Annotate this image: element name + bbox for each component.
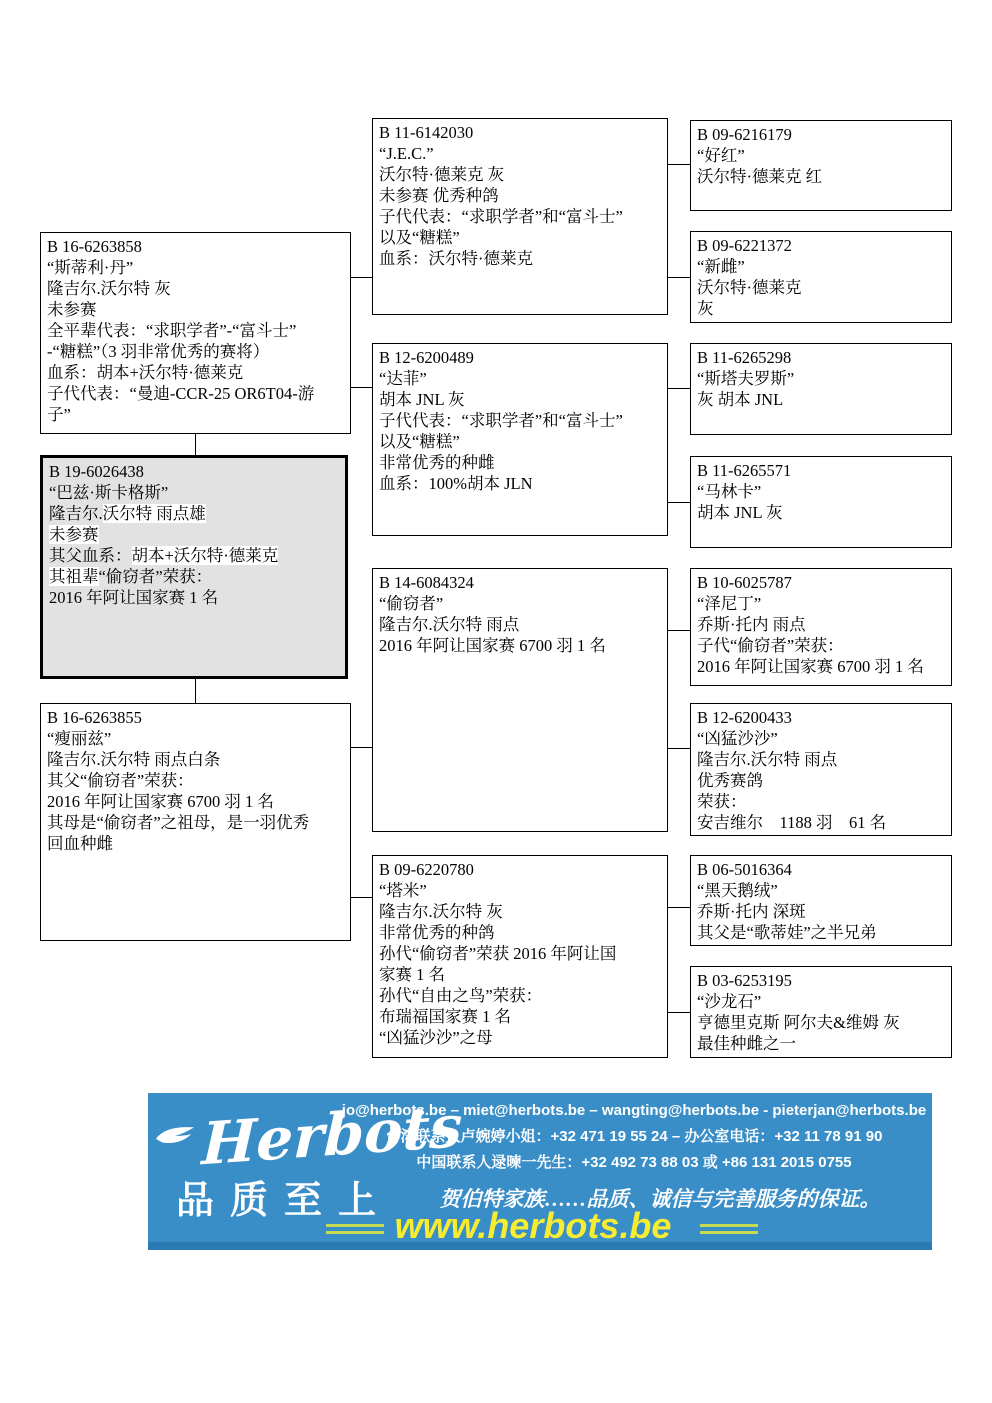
- text-segment: 血系：胡本+沃尔特·德莱克: [47, 363, 243, 382]
- text-segment: 其母是“偷窃者”之祖母，是一羽优秀: [47, 813, 309, 832]
- pedigree-text-line: “好红”: [697, 145, 945, 166]
- pedigree-text-line: 隆吉尔.沃尔特 灰: [379, 901, 661, 922]
- pedigree-page: B 16-6263858“斯蒂利·丹”隆吉尔.沃尔特 灰未参赛全平辈代表：“求职…: [0, 0, 992, 1403]
- pedigree-text-line: 最佳种雌之一: [697, 1033, 945, 1054]
- pedigree-text-line: B 09-6221372: [697, 235, 945, 256]
- text-segment: 血系：沃尔特·德莱克: [379, 249, 533, 268]
- pedigree-text-line: “新雌”: [697, 256, 945, 277]
- pedigree-text-line: “黑天鹅绒”: [697, 880, 945, 901]
- highlighted-text-segment: 沃尔特 雨点雄: [103, 504, 206, 523]
- highlighted-text-segment: 其祖辈: [49, 567, 99, 586]
- text-segment: B 11-6265298: [697, 348, 791, 367]
- pedigree-text-line: “达菲”: [379, 368, 661, 389]
- pedigree-box-B12-6200489: B 12-6200489“达菲”胡本 JNL 灰子代代表：“求职学者”和“富斗士…: [372, 343, 668, 536]
- pedigree-text-line: B 14-6084324: [379, 572, 661, 593]
- text-segment: “偷窃者”荣获：: [99, 567, 213, 586]
- pedigree-text-line: 其祖辈“偷窃者”荣获：: [49, 566, 339, 587]
- pedigree-box-B03-6253195: B 03-6253195“沙龙石”亨德里克斯 阿尔夫&维姆 灰最佳种雌之一: [690, 966, 952, 1058]
- pedigree-text-line: 子”: [47, 404, 344, 425]
- banner-bottom-strip: [148, 1242, 932, 1250]
- pedigree-box-B10-6025787: B 10-6025787“泽尼丁”乔斯·托内 雨点子代“偷窃者”荣获：2016 …: [690, 568, 952, 686]
- pedigree-text-line: “偷窃者”: [379, 593, 661, 614]
- pedigree-text-line: 血系：胡本+沃尔特·德莱克: [47, 362, 344, 383]
- pedigree-text-line: 其父血系：胡本+沃尔特·德莱克: [49, 545, 339, 566]
- text-segment: B 10-6025787: [697, 573, 792, 592]
- pedigree-text-line: B 12-6200433: [697, 707, 945, 728]
- pedigree-text-line: “凶猛沙沙”之母: [379, 1027, 661, 1048]
- text-segment: B 09-6216179: [697, 125, 792, 144]
- connector-line: [668, 277, 690, 278]
- text-segment: 优秀赛鸽: [697, 771, 763, 790]
- pedigree-text-line: “泽尼丁”: [697, 593, 945, 614]
- pedigree-text-line: 回血种雌: [47, 833, 344, 854]
- text-segment: 其父是“歌蒂娃”之半兄弟: [697, 923, 877, 942]
- pedigree-text-line: 乔斯·托内 雨点: [697, 614, 945, 635]
- pedigree-box-B09-6216179: B 09-6216179“好红”沃尔特·德莱克 红: [690, 120, 952, 211]
- pedigree-text-line: “瘦丽兹”: [47, 728, 344, 749]
- text-segment: 最佳种雌之一: [697, 1034, 796, 1053]
- text-segment: 非常优秀的种鸽: [379, 923, 495, 942]
- highlighted-text-segment: 胡本+沃尔特·德莱克: [132, 546, 279, 565]
- text-segment: B 03-6253195: [697, 971, 792, 990]
- text-segment: B 09-6221372: [697, 236, 792, 255]
- pedigree-text-line: 其父“偷窃者”荣获：: [47, 770, 344, 791]
- pedigree-text-line: B 19-6026438: [49, 461, 339, 482]
- text-segment: “J.E.C.”: [379, 144, 434, 163]
- banner-emails: jo@herbots.be – miet@herbots.be – wangti…: [338, 1098, 930, 1124]
- text-segment: 隆吉尔.沃尔特 灰: [379, 902, 503, 921]
- text-segment: B 12-6200433: [697, 708, 792, 727]
- text-segment: 隆吉尔.沃尔特 雨点: [379, 615, 519, 634]
- text-segment: B 11-6265571: [697, 461, 791, 480]
- connector-line: [195, 678, 196, 704]
- banner-taiwan-contact: 台湾联系人卢婉婷小姐：+32 471 19 55 24 – 办公室电话：+32 …: [338, 1124, 930, 1150]
- pedigree-text-line: 乔斯·托内 深斑: [697, 901, 945, 922]
- pedigree-text-line: 隆吉尔.沃尔特 灰: [47, 278, 344, 299]
- pedigree-text-line: 2016 年阿让国家赛 6700 羽 1 名: [379, 635, 661, 656]
- text-segment: “凶猛沙沙”: [697, 729, 778, 748]
- pedigree-text-line: 优秀赛鸽: [697, 770, 945, 791]
- pedigree-text-line: B 11-6265571: [697, 460, 945, 481]
- connector-line: [668, 907, 690, 908]
- text-segment: 2016 年阿让国家赛 1 名: [49, 588, 218, 607]
- connector-line: [668, 748, 690, 749]
- pedigree-text-line: B 11-6142030: [379, 122, 661, 143]
- text-segment: 胡本 JNL 灰: [697, 503, 783, 522]
- pedigree-box-B12-6200433: B 12-6200433“凶猛沙沙”隆吉尔.沃尔特 雨点优秀赛鸽荣获：安吉维尔 …: [690, 703, 952, 836]
- connector-line: [668, 1012, 690, 1013]
- text-segment: 回血种雌: [47, 834, 113, 853]
- pedigree-text-line: 隆吉尔.沃尔特 雨点雄: [49, 503, 339, 524]
- connector-line: [351, 897, 372, 898]
- connector-line: [351, 747, 372, 748]
- banner-contacts: jo@herbots.be – miet@herbots.be – wangti…: [338, 1098, 930, 1176]
- text-segment: B 06-5016364: [697, 860, 792, 879]
- pedigree-text-line: 沃尔特·德莱克 红: [697, 166, 945, 187]
- text-segment: 亨德里克斯 阿尔夫&维姆 灰: [697, 1013, 900, 1032]
- text-segment: 沃尔特·德莱克 红: [697, 167, 822, 186]
- text-segment: 乔斯·托内 深斑: [697, 902, 806, 921]
- pedigree-text-line: 2016 年阿让国家赛 1 名: [49, 587, 339, 608]
- text-segment: 布瑞福国家赛 1 名: [379, 1007, 511, 1026]
- pedigree-text-line: 未参赛 优秀种鸽: [379, 185, 661, 206]
- text-segment: 以及“糖糕”: [379, 228, 460, 247]
- pedigree-text-line: 非常优秀的种雌: [379, 452, 661, 473]
- text-segment: 乔斯·托内 雨点: [697, 615, 806, 634]
- banner-website-link[interactable]: www.herbots.be: [368, 1206, 698, 1246]
- pedigree-box-B11-6265571: B 11-6265571“马林卡”胡本 JNL 灰: [690, 456, 952, 548]
- text-segment: -“糖糕”（3 羽非常优秀的赛将）: [47, 342, 269, 361]
- highlighted-text-segment: 未参赛: [49, 525, 99, 544]
- pedigree-text-line: 沃尔特·德莱克 灰: [379, 164, 661, 185]
- text-segment: 孙代“偷窃者”荣获 2016 年阿让国: [379, 944, 616, 963]
- pedigree-text-line: 2016 年阿让国家赛 6700 羽 1 名: [47, 791, 344, 812]
- pedigree-text-line: 家赛 1 名: [379, 964, 661, 985]
- pedigree-text-line: 孙代“自由之鸟”荣获：: [379, 985, 661, 1006]
- text-segment: 血系：100%胡本 JLN: [379, 474, 533, 493]
- pedigree-text-line: 子代代表：“求职学者”和“富斗士”: [379, 410, 661, 431]
- pedigree-text-line: 隆吉尔.沃尔特 雨点白条: [47, 749, 344, 770]
- pedigree-text-line: 以及“糖糕”: [379, 431, 661, 452]
- pedigree-text-line: B 12-6200489: [379, 347, 661, 368]
- text-segment: 子代代表：“求职学者”和“富斗士”: [379, 411, 623, 430]
- pedigree-text-line: 其母是“偷窃者”之祖母，是一羽优秀: [47, 812, 344, 833]
- connector-line: [195, 434, 196, 456]
- pedigree-text-line: “巴兹·斯卡格斯”: [49, 482, 339, 503]
- text-segment: 全平辈代表：“求职学者”-“富斗士”: [47, 321, 296, 340]
- text-segment: 未参赛 优秀种鸽: [379, 186, 499, 205]
- pedigree-text-line: “塔米”: [379, 880, 661, 901]
- pedigree-text-line: 2016 年阿让国家赛 6700 羽 1 名: [697, 656, 945, 677]
- pedigree-text-line: “沙龙石”: [697, 991, 945, 1012]
- text-segment: “黑天鹅绒”: [697, 881, 778, 900]
- text-segment: “瘦丽兹”: [47, 729, 111, 748]
- text-segment: 以及“糖糕”: [379, 432, 460, 451]
- text-segment: 子代代表：“曼迪-CCR-25 OR6T04-游: [47, 384, 314, 403]
- text-segment: “沙龙石”: [697, 992, 761, 1011]
- pedigree-box-B11-6265298: B 11-6265298“斯塔夫罗斯”灰 胡本 JNL: [690, 343, 952, 435]
- text-segment: B 19-6026438: [49, 462, 144, 481]
- pedigree-text-line: “斯塔夫罗斯”: [697, 368, 945, 389]
- text-segment: B 09-6220780: [379, 860, 474, 879]
- pedigree-text-line: 孙代“偷窃者”荣获 2016 年阿让国: [379, 943, 661, 964]
- pedigree-text-line: 安吉维尔 1188 羽 61 名: [697, 812, 945, 833]
- pedigree-text-line: 血系：100%胡本 JLN: [379, 473, 661, 494]
- text-segment: 沃尔特·德莱克 灰: [379, 165, 504, 184]
- text-segment: B 14-6084324: [379, 573, 474, 592]
- connector-line: [351, 387, 372, 388]
- pedigree-text-line: B 10-6025787: [697, 572, 945, 593]
- text-segment: “泽尼丁”: [697, 594, 761, 613]
- text-segment: 隆吉尔.沃尔特 雨点: [697, 750, 837, 769]
- text-segment: “巴兹·斯卡格斯”: [49, 483, 168, 502]
- pedigree-box-B06-5016364: B 06-5016364“黑天鹅绒”乔斯·托内 深斑其父是“歌蒂娃”之半兄弟: [690, 855, 952, 946]
- pedigree-text-line: 灰: [697, 298, 945, 319]
- text-segment: “马林卡”: [697, 482, 761, 501]
- pedigree-text-line: “凶猛沙沙”: [697, 728, 945, 749]
- connector-line: [668, 502, 690, 503]
- text-segment: “偷窃者”: [379, 594, 443, 613]
- pedigree-box-B09-6221372: B 09-6221372“新雌”沃尔特·德莱克灰: [690, 231, 952, 323]
- pedigree-box-B14-6084324: B 14-6084324“偷窃者”隆吉尔.沃尔特 雨点2016 年阿让国家赛 6…: [372, 568, 668, 832]
- pedigree-text-line: 血系：沃尔特·德莱克: [379, 248, 661, 269]
- pedigree-text-line: 以及“糖糕”: [379, 227, 661, 248]
- pedigree-text-line: B 16-6263855: [47, 707, 344, 728]
- pedigree-text-line: 胡本 JNL 灰: [697, 502, 945, 523]
- text-segment: 隆吉尔.沃尔特 雨点白条: [47, 750, 220, 769]
- connector-line: [351, 277, 372, 278]
- pedigree-box-B19-6026438: B 19-6026438“巴兹·斯卡格斯”隆吉尔.沃尔特 雨点雄未参赛其父血系：…: [40, 455, 348, 679]
- text-segment: 沃尔特·德莱克: [697, 278, 802, 297]
- pedigree-text-line: 荣获：: [697, 791, 945, 812]
- text-segment: 子代“偷窃者”荣获：: [697, 636, 844, 655]
- pedigree-text-line: 其父是“歌蒂娃”之半兄弟: [697, 922, 945, 943]
- text-segment: “达菲”: [379, 369, 427, 388]
- text-segment: 灰 胡本 JNL: [697, 390, 783, 409]
- text-segment: 家赛 1 名: [379, 965, 445, 984]
- connector-line: [668, 164, 690, 165]
- text-segment: 隆吉尔.沃尔特 灰: [47, 279, 171, 298]
- text-segment: 未参赛: [47, 300, 97, 319]
- text-segment: B 16-6263855: [47, 708, 142, 727]
- text-segment: B 12-6200489: [379, 348, 474, 367]
- pedigree-text-line: 非常优秀的种鸽: [379, 922, 661, 943]
- text-segment: 隆吉尔.: [49, 504, 103, 523]
- connector-line: [668, 388, 690, 389]
- text-segment: 2016 年阿让国家赛 6700 羽 1 名: [697, 657, 924, 676]
- pedigree-text-line: B 09-6216179: [697, 124, 945, 145]
- pedigree-text-line: 布瑞福国家赛 1 名: [379, 1006, 661, 1027]
- connector-line: [668, 630, 690, 631]
- pedigree-text-line: 全平辈代表：“求职学者”-“富斗士”: [47, 320, 344, 341]
- text-segment: “斯塔夫罗斯”: [697, 369, 794, 388]
- pedigree-text-line: “马林卡”: [697, 481, 945, 502]
- text-segment: 安吉维尔 1188 羽 61 名: [697, 813, 886, 832]
- pedigree-text-line: 子代“偷窃者”荣获：: [697, 635, 945, 656]
- text-segment: “塔米”: [379, 881, 427, 900]
- pedigree-text-line: 亨德里克斯 阿尔夫&维姆 灰: [697, 1012, 945, 1033]
- decorative-double-line-right: [700, 1224, 758, 1235]
- text-segment: 2016 年阿让国家赛 6700 羽 1 名: [379, 636, 606, 655]
- text-segment: “好红”: [697, 146, 745, 165]
- pedigree-text-line: B 03-6253195: [697, 970, 945, 991]
- text-segment: 子代代表：“求职学者”和“富斗士”: [379, 207, 623, 226]
- banner-china-contact: 中国联系人逯暕一先生：+32 492 73 88 03 或 +86 131 20…: [338, 1150, 930, 1176]
- pedigree-text-line: B 06-5016364: [697, 859, 945, 880]
- pedigree-text-line: B 09-6220780: [379, 859, 661, 880]
- text-segment: 灰: [697, 299, 714, 318]
- text-segment: 子”: [47, 405, 71, 424]
- pedigree-box-B09-6220780: B 09-6220780“塔米”隆吉尔.沃尔特 灰非常优秀的种鸽孙代“偷窃者”荣…: [372, 855, 668, 1058]
- pedigree-text-line: 未参赛: [49, 524, 339, 545]
- pedigree-text-line: 胡本 JNL 灰: [379, 389, 661, 410]
- text-segment: 其父血系：: [49, 546, 132, 565]
- pedigree-text-line: 灰 胡本 JNL: [697, 389, 945, 410]
- pedigree-box-B11-6142030: B 11-6142030“J.E.C.”沃尔特·德莱克 灰未参赛 优秀种鸽子代代…: [372, 118, 668, 315]
- text-segment: 孙代“自由之鸟”荣获：: [379, 986, 542, 1005]
- text-segment: “凶猛沙沙”之母: [379, 1028, 493, 1047]
- text-segment: 2016 年阿让国家赛 6700 羽 1 名: [47, 792, 274, 811]
- text-segment: 荣获：: [697, 792, 747, 811]
- pedigree-text-line: B 11-6265298: [697, 347, 945, 368]
- pedigree-text-line: B 16-6263858: [47, 236, 344, 257]
- text-segment: “斯蒂利·丹”: [47, 258, 133, 277]
- pedigree-text-line: 未参赛: [47, 299, 344, 320]
- text-segment: 非常优秀的种雌: [379, 453, 495, 472]
- pedigree-box-B16-6263855: B 16-6263855“瘦丽兹”隆吉尔.沃尔特 雨点白条其父“偷窃者”荣获：2…: [40, 703, 351, 941]
- pedigree-text-line: “J.E.C.”: [379, 143, 661, 164]
- pedigree-text-line: 隆吉尔.沃尔特 雨点: [697, 749, 945, 770]
- pedigree-text-line: 子代代表：“曼迪-CCR-25 OR6T04-游: [47, 383, 344, 404]
- pedigree-box-B16-6263858: B 16-6263858“斯蒂利·丹”隆吉尔.沃尔特 灰未参赛全平辈代表：“求职…: [40, 232, 351, 434]
- text-segment: 其父“偷窃者”荣获：: [47, 771, 194, 790]
- text-segment: 胡本 JNL 灰: [379, 390, 465, 409]
- text-segment: “新雌”: [697, 257, 745, 276]
- pedigree-text-line: -“糖糕”（3 羽非常优秀的赛将）: [47, 341, 344, 362]
- pedigree-text-line: “斯蒂利·丹”: [47, 257, 344, 278]
- pedigree-text-line: 沃尔特·德莱克: [697, 277, 945, 298]
- text-segment: B 11-6142030: [379, 123, 473, 142]
- pedigree-text-line: 隆吉尔.沃尔特 雨点: [379, 614, 661, 635]
- text-segment: B 16-6263858: [47, 237, 142, 256]
- pedigree-text-line: 子代代表：“求职学者”和“富斗士”: [379, 206, 661, 227]
- herbots-banner: Herbots 品质至上 jo@herbots.be – miet@herbot…: [148, 1093, 932, 1250]
